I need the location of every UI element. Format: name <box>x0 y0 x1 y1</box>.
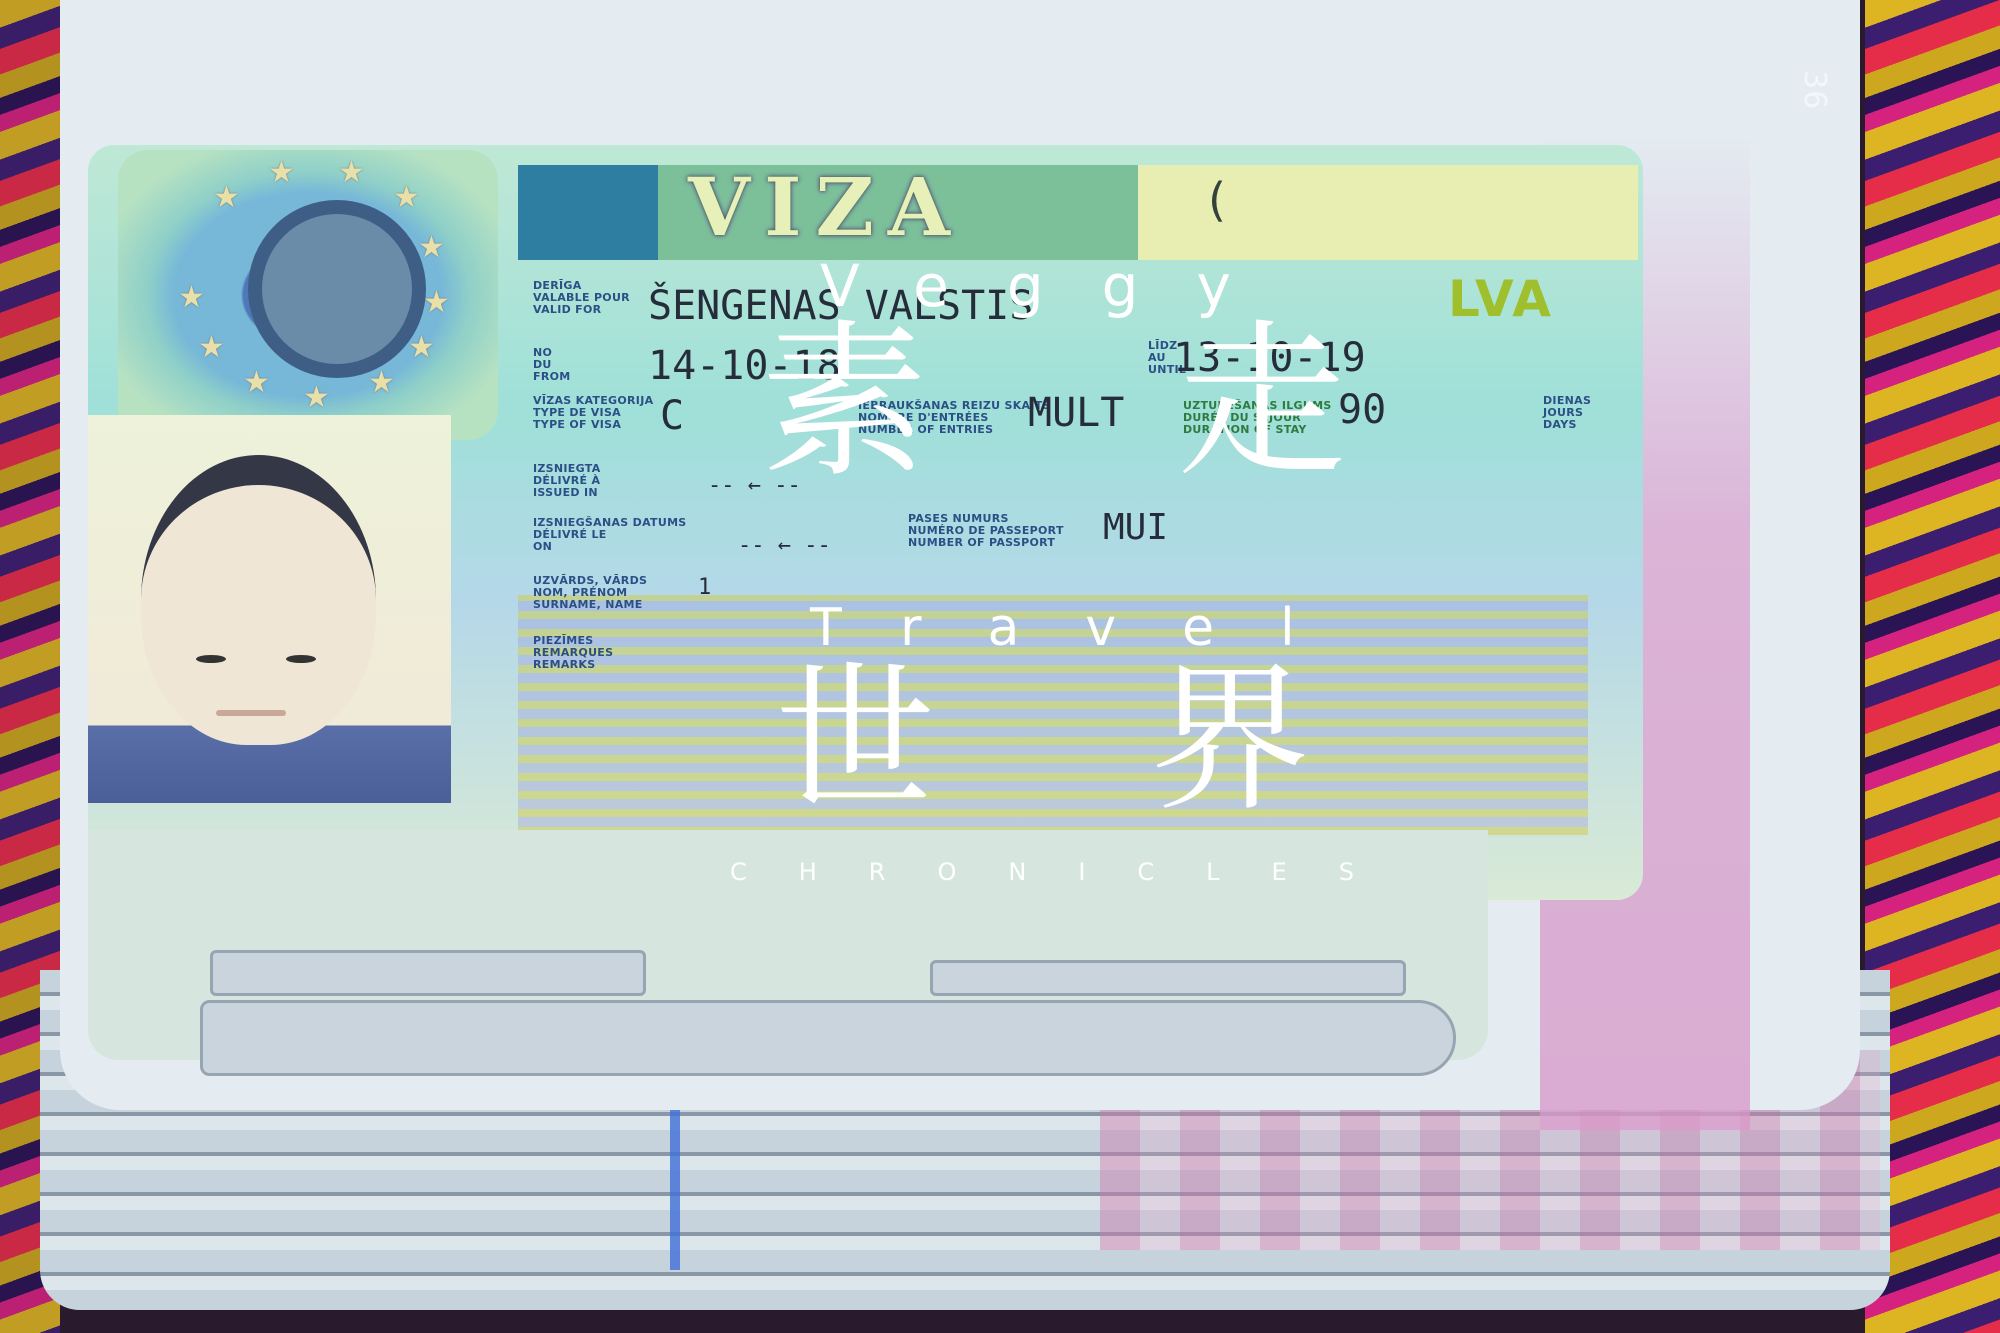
issuing-country-code: LVA <box>1448 270 1553 328</box>
field-value-valid-for: ŠENGENAS VALSTIS <box>648 283 1033 329</box>
redacted-mrz-area <box>930 960 1406 996</box>
eu-star-icon: ★ <box>213 180 240 215</box>
field-label-remarks: PIEZĪMESREMARQUESREMARKS <box>533 635 613 671</box>
field-label-number-of-entries: IEBRAUKŠANAS REIZU SKAITSNOMBRE D'ENTRÉE… <box>858 400 1051 436</box>
field-value-number-of-entries: MULT <box>1028 390 1124 436</box>
field-value-until: 13-10-19 <box>1173 335 1366 381</box>
field-label-days: DIENASJOURSDAYS <box>1543 395 1591 431</box>
field-value-issued-in: -- ← -- <box>708 473 801 498</box>
field-label-valid-for: DERĪGAVALABLE POURVALID FOR <box>533 280 630 316</box>
hologram-ring-icon <box>248 200 426 378</box>
face-eye <box>286 655 316 663</box>
field-label-from: NODUFROM <box>533 347 570 383</box>
field-value-issued-on: -- ← -- <box>738 533 831 558</box>
field-label-surname-name: UZVĀRDS, VĀRDSNOM, PRÉNOMSURNAME, NAME <box>533 575 647 611</box>
eu-star-icon: ★ <box>198 330 225 365</box>
page-number: 36 <box>1797 70 1832 110</box>
field-label-issued-on: IZSNIEGŠANAS DATUMSDÉLIVRÉ LEON <box>533 517 687 553</box>
eu-star-icon: ★ <box>178 280 205 315</box>
schengen-visa-sticker: ★ ★ ★ ★ ★ ★ ★ ★ ★ ★ ★ ★ VIZA ( LVA DERĪG… <box>88 145 1643 900</box>
redacted-mrz-area <box>210 950 646 996</box>
redacted-mrz-area <box>200 1000 1456 1076</box>
eu-hologram-emblem: ★ ★ ★ ★ ★ ★ ★ ★ ★ ★ ★ ★ <box>118 150 498 440</box>
face-mouth <box>216 710 286 716</box>
face-eye <box>196 655 226 663</box>
security-pattern-zone <box>518 595 1588 835</box>
field-value-duration-of-stay: 90 <box>1338 387 1386 433</box>
field-label-issued-in: IZSNIEGTADÉLIVRÉ ÀISSUED IN <box>533 463 601 499</box>
eu-star-icon: ★ <box>423 285 450 320</box>
eu-star-icon: ★ <box>418 230 445 265</box>
visa-header-paren: ( <box>1208 173 1226 227</box>
visa-header-word: VIZA <box>688 160 964 254</box>
visa-header-banner <box>518 165 1638 260</box>
eu-star-icon: ★ <box>243 365 270 400</box>
eu-star-icon: ★ <box>268 155 295 190</box>
holder-face <box>141 455 376 745</box>
field-label-passport-number: PASES NUMURSNUMÉRO DE PASSEPORTNUMBER OF… <box>908 513 1064 549</box>
eu-star-icon: ★ <box>303 380 330 415</box>
field-label-type-of-visa: VĪZAS KATEGORIJATYPE DE VISATYPE OF VISA <box>533 395 653 431</box>
field-value-from: 14-10-18 <box>648 343 841 389</box>
eu-star-icon: ★ <box>368 365 395 400</box>
field-label-duration-of-stay: UZTURĒŠANĀS ILGUMSDURÉE DU SÉJOURDURATIO… <box>1183 400 1332 436</box>
eu-star-icon: ★ <box>408 330 435 365</box>
eu-star-icon: ★ <box>393 180 420 215</box>
page-stack-blue-stripe <box>670 1110 680 1270</box>
eu-star-icon: ★ <box>338 155 365 190</box>
holder-photo <box>88 415 451 803</box>
field-value-passport-number: MUI <box>1103 507 1168 548</box>
field-value-type-of-visa: C <box>660 393 684 439</box>
field-value-surname-name: 1 <box>698 575 711 600</box>
